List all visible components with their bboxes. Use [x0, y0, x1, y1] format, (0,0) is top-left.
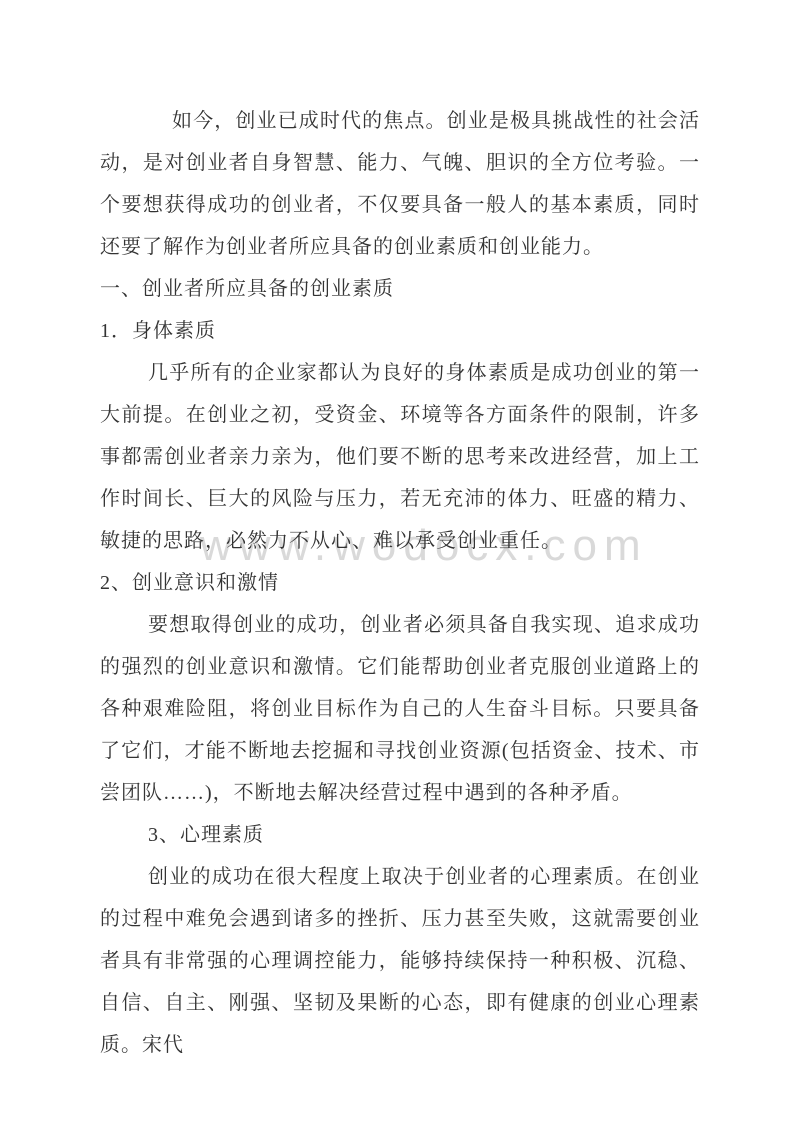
document-body: 如今，创业已成时代的焦点。创业是极具挑战性的社会活动，是对创业者自身智慧、能力、… — [100, 100, 700, 1066]
section-heading: 2、创业意识和激情 — [100, 562, 700, 604]
paragraph: 如今，创业已成时代的焦点。创业是极具挑战性的社会活动，是对创业者自身智慧、能力、… — [100, 100, 700, 268]
paragraph: 创业的成功在很大程度上取决于创业者的心理素质。在创业的过程中难免会遇到诸多的挫折… — [100, 856, 700, 1066]
section-heading: 3、心理素质 — [100, 814, 700, 856]
section-heading: 一、创业者所应具备的创业素质 — [100, 268, 700, 310]
document-page: www.wodocx.com 如今，创业已成时代的焦点。创业是极具挑战性的社会活… — [0, 0, 800, 1132]
section-heading: 1．身体素质 — [100, 310, 700, 352]
paragraph: 几乎所有的企业家都认为良好的身体素质是成功创业的第一大前提。在创业之初，受资金、… — [100, 352, 700, 562]
paragraph: 要想取得创业的成功，创业者必须具备自我实现、追求成功的强烈的创业意识和激情。它们… — [100, 604, 700, 814]
